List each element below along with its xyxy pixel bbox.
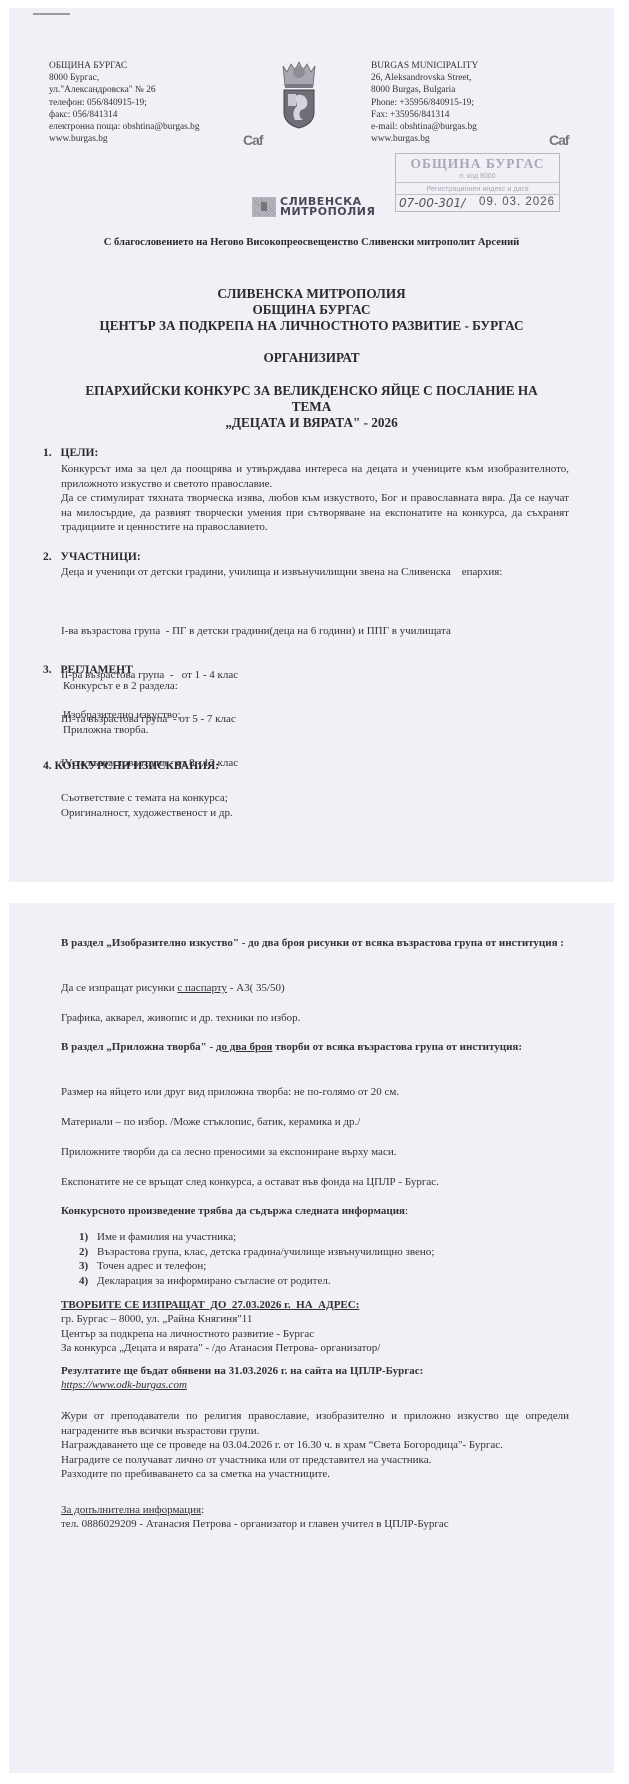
applied-heading-suffix: творби от всяка възрастова група от инст… (272, 1041, 522, 1053)
regulation-item: Изобразително изкуство; (63, 708, 181, 723)
requirement-item: Оригиналност, художественост и др. (61, 806, 233, 821)
blessing-line: С благословението на Негово Високопреосв… (9, 237, 614, 248)
scan-mark (33, 13, 70, 15)
caf-logo-icon: Caf (243, 132, 263, 148)
contest-title-line: ЕПАРХИЙСКИ КОНКУРС ЗА ВЕЛИКДЕНСКО ЯЙЦЕ С… (9, 383, 614, 399)
jury-paragraph: Жури от преподаватели по религия правосл… (61, 1409, 569, 1438)
item-number: 3) (79, 1259, 97, 1274)
header-left-line: ОБЩИНА БУРГАС (49, 60, 200, 72)
header-right-line: www.burgas.bg (371, 133, 478, 145)
address-line: Център за подкрепа на личностното развит… (61, 1327, 380, 1342)
address-line: За конкурса „Децата и вярата" - /до Атан… (61, 1341, 380, 1356)
metropolia-emblem-icon (252, 197, 276, 217)
document-page-2: В раздел „Изобразително изкуство" - до д… (9, 903, 614, 1773)
coat-of-arms-icon (279, 60, 319, 130)
section-participants-heading: 2. УЧАСТНИЦИ: (43, 551, 141, 563)
info-required-item: 2)Възрастова група, клас, детска градина… (79, 1245, 434, 1260)
header-left-line: ул."Александровска" № 26 (49, 84, 200, 96)
organizer-name: СЛИВЕНСКА МИТРОПОЛИЯ (9, 286, 614, 302)
section-number: 3. (43, 664, 52, 676)
info-required-item: 1)Име и фамилия на участника; (79, 1230, 434, 1245)
item-number: 2) (79, 1245, 97, 1260)
section-goals-body: Конкурсът има за цел да поощрява и утвър… (61, 462, 569, 535)
caf-logo-icon: Caf (549, 132, 569, 148)
item-text: Декларация за информирано съгласие от ро… (97, 1274, 331, 1289)
item-text: Име и фамилия на участника; (97, 1230, 236, 1245)
header-right-address: BURGAS MUNICIPALITY 26, Aleksandrovska S… (371, 60, 478, 145)
applied-heading-prefix: В раздел „Приложна творба" - (61, 1041, 216, 1053)
address-block: гр. Бургас – 8000, ул. „Райна Княгиня"11… (61, 1312, 380, 1356)
section-requirements-heading: 4. КОНКУРСНИ ИЗИСКВАНИЯ: (43, 760, 219, 772)
item-number: 4) (79, 1274, 97, 1289)
applied-art-materials: Материали – по избор. /Може стъклопис, б… (61, 1115, 360, 1130)
document-page-1: ОБЩИНА БУРГАС 8000 Бургас, ул."Александр… (9, 8, 614, 882)
header-right-line: e-mail: obshtina@burgas.bg (371, 121, 478, 133)
contest-title-line: ТЕМА (9, 399, 614, 415)
requirements-list: Съответствие с темата на конкурса; Ориги… (61, 791, 233, 820)
contest-title-line: „ДЕЦАТА И ВЯРАТА" - 2026 (9, 415, 614, 431)
contact-heading-text: За допълнителна информация (61, 1504, 201, 1516)
section-regulation-heading: 3. РЕГЛАМЕНТ (43, 664, 133, 676)
fine-art-techniques: Графика, акварел, живопис и др. техники … (61, 1011, 300, 1026)
fine-art-heading: В раздел „Изобразително изкуство" - до д… (61, 936, 569, 951)
contest-title: ЕПАРХИЙСКИ КОНКУРС ЗА ВЕЛИКДЕНСКО ЯЙЦЕ С… (9, 383, 614, 431)
requirement-item: Съответствие с темата на конкурса; (61, 791, 233, 806)
stamp-label: Регистрационен индекс и дата (396, 182, 559, 194)
awards-line: Разходите по пребиваването са за сметка … (61, 1467, 503, 1482)
results-heading: Резултатите ще бъдат обявени на 31.03.20… (61, 1364, 423, 1379)
header-left-line: факс: 056/841314 (49, 109, 200, 121)
header-left-line: 8000 Бургас, (49, 72, 200, 84)
metropolia-logo-text: СЛИВЕНСКА МИТРОПОЛИЯ (280, 197, 375, 217)
applied-heading-underlined: до два броя (216, 1041, 272, 1053)
section-number: 1. (43, 447, 52, 459)
address-line: гр. Бургас – 8000, ул. „Райна Княгиня"11 (61, 1312, 380, 1327)
goals-paragraph: Конкурсът има за цел да поощрява и утвър… (61, 462, 569, 491)
stamp-date: 09. 03. 2026 (479, 196, 555, 208)
organizers-list: СЛИВЕНСКА МИТРОПОЛИЯ ОБЩИНА БУРГАС ЦЕНТЪ… (9, 286, 614, 334)
contact-line: тел. 0886029209 - Атанасия Петрова - орг… (61, 1517, 449, 1532)
fine-art-send-instructions: Да се изпращат рисунки с паспарту - А3( … (61, 981, 285, 996)
age-group-item: I-ва възрастова група - ПГ в детски град… (61, 624, 451, 639)
header-left-address: ОБЩИНА БУРГАС 8000 Бургас, ул."Александр… (49, 60, 200, 145)
stamp-title: ОБЩИНА БУРГАС (396, 156, 559, 172)
regulation-item: Приложна творба. (63, 723, 181, 738)
registration-stamp: ОБЩИНА БУРГАС п. код 8000 Регистрационен… (395, 153, 560, 212)
send-underlined: с паспарту (177, 982, 227, 994)
header-right-line: 8000 Burgas, Bulgaria (371, 84, 478, 96)
section-title: ЦЕЛИ: (61, 447, 99, 459)
metropolia-logo-line: МИТРОПОЛИЯ (280, 207, 375, 217)
item-text: Възрастова група, клас, детска градина/у… (97, 1245, 434, 1260)
info-required-heading-text: Конкурсното произведение трябва да съдър… (61, 1205, 405, 1217)
item-text: Точен адрес и телефон; (97, 1259, 206, 1274)
section-title: УЧАСТНИЦИ: (61, 551, 141, 563)
header-right-line: Phone: +35956/840915-19; (371, 97, 478, 109)
header-left-line: електронна поща: obshtina@burgas.bg (49, 121, 200, 133)
send-suffix: - А3( 35/50) (227, 982, 285, 994)
item-number: 1) (79, 1230, 97, 1245)
header-right-line: Fax: +35956/841314 (371, 109, 478, 121)
header-right-line: BURGAS MUNICIPALITY (371, 60, 478, 72)
header-left-line: www.burgas.bg (49, 133, 200, 145)
contact-heading: За допълнителна информация: (61, 1503, 204, 1518)
info-required-item: 3)Точен адрес и телефон; (79, 1259, 434, 1274)
organize-heading: ОРГАНИЗИРАТ (9, 350, 614, 366)
stamp-postcode: п. код 8000 (396, 172, 559, 181)
section-goals-heading: 1. ЦЕЛИ: (43, 447, 98, 459)
colon: : (201, 1504, 204, 1516)
info-required-list: 1)Име и фамилия на участника; 2)Възрасто… (79, 1230, 434, 1288)
organizer-name: ЦЕНТЪР ЗА ПОДКРЕПА НА ЛИЧНОСТНОТО РАЗВИТ… (9, 318, 614, 334)
stamp-entry: 07-00-301/ 09. 03. 2026 (396, 194, 559, 212)
send-prefix: Да се изпращат рисунки (61, 982, 177, 994)
stamp-reg-number: 07-00-301/ (399, 196, 465, 210)
regulation-sections-list: Изобразително изкуство; Приложна творба. (63, 708, 181, 737)
applied-art-portable: Приложните творби да са лесно преносими … (61, 1145, 396, 1160)
organizer-name: ОБЩИНА БУРГАС (9, 302, 614, 318)
address-heading: ТВОРБИТЕ СЕ ИЗПРАЩАТ ДО 27.03.2026 г. НА… (61, 1298, 359, 1313)
applied-art-not-returned: Експонатите не се връщат след конкурса, … (61, 1175, 439, 1190)
participants-intro: Деца и ученици от детски градини, училищ… (61, 565, 581, 580)
colon: : (405, 1205, 408, 1217)
section-number: 2. (43, 551, 52, 563)
applied-art-heading: В раздел „Приложна творба" - до два броя… (61, 1040, 569, 1055)
header-left-line: телефон: 056/840915-19; (49, 97, 200, 109)
goals-paragraph: Да се стимулират тяхната творческа изява… (61, 491, 569, 535)
regulation-intro: Конкурсът е в 2 раздела: (63, 679, 178, 694)
awards-line: Награждаването ще се проведе на 03.04.20… (61, 1438, 503, 1453)
awards-block: Награждаването ще се проведе на 03.04.20… (61, 1438, 503, 1482)
section-title: РЕГЛАМЕНТ (61, 664, 133, 676)
info-required-heading: Конкурсното произведение трябва да съдър… (61, 1204, 408, 1219)
header-right-line: 26, Aleksandrovska Street, (371, 72, 478, 84)
awards-line: Наградите се получават лично от участник… (61, 1453, 503, 1468)
metropolia-logo: СЛИВЕНСКА МИТРОПОЛИЯ (252, 197, 375, 217)
info-required-item: 4)Декларация за информирано съгласие от … (79, 1274, 434, 1289)
applied-art-size: Размер на яйцето или друг вид приложна т… (61, 1085, 399, 1100)
results-link[interactable]: https://www.odk-burgas.com (61, 1378, 187, 1393)
